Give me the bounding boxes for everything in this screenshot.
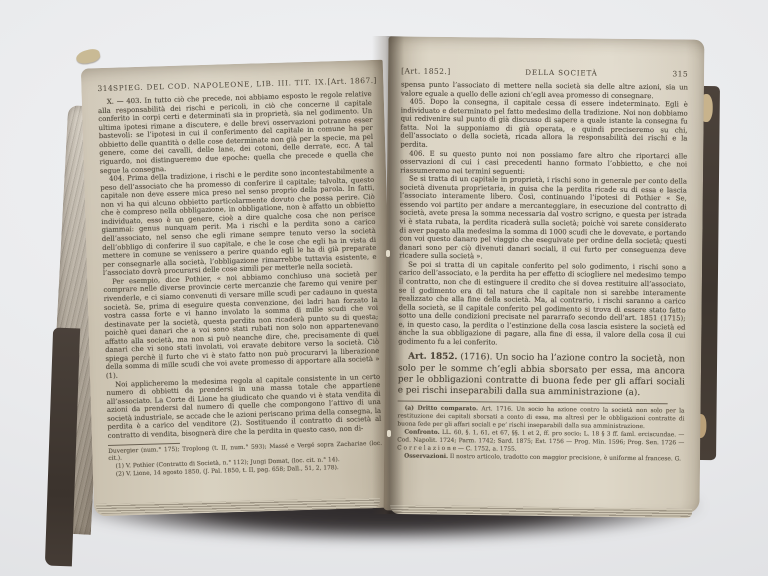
left-article-ref: [Art. 1867.] <box>327 76 377 86</box>
torn-page-corner <box>75 47 101 65</box>
paragraph: 405. Dopo la consegna, il capitale cessa… <box>400 98 688 152</box>
left-page-number: 314 <box>97 84 113 93</box>
right-page: [Art. 1852.] DELLA SOCIETÀ 315 spensa pu… <box>384 36 705 513</box>
article-1852: Art. 1852. (1716). Un socio ha l’azione … <box>398 352 685 400</box>
footnote-rule <box>108 442 180 445</box>
paragraph: Noi applicheremo la medesima regola al c… <box>106 372 382 440</box>
binding-stitch <box>386 250 390 257</box>
paragraph: 406. E su questo punto noi non possiamo … <box>400 149 687 178</box>
footnote-text: LL. 60, §. 1, 61, et 67, §§. 1 et 2, ff.… <box>397 430 684 452</box>
left-running-title: SPIEG. DEL COD. NAPOLEONE, LIB. III. TIT… <box>113 77 328 92</box>
paragraph: Per esempio, dice Pothier, « noi abbiamo… <box>103 270 380 381</box>
paragraph: Se si tratta di un capitale in proprietà… <box>399 175 687 264</box>
footnote-lead: (a) Dritto comparato. <box>405 405 478 413</box>
footnote: (a) Dritto comparato. Art. 1716. Un soci… <box>397 405 684 432</box>
paragraph: 404. Prima della tradizione, i rischi e … <box>100 167 377 278</box>
right-article-ref: [Art. 1852.] <box>401 66 451 76</box>
right-page-header: [Art. 1852.] DELLA SOCIETÀ 315 <box>401 66 688 78</box>
right-running-title: DELLA SOCIETÀ <box>525 68 598 78</box>
right-page-number: 315 <box>672 69 688 78</box>
footnote: Osservazioni. Il nostro articolo, tradot… <box>397 453 684 465</box>
footnote-lead: Osservazioni. <box>404 453 448 460</box>
binding-stitch <box>387 430 391 437</box>
footnote-lead: Confronto. <box>404 429 439 436</box>
paragraph: X. — 403. In tutto ciò che precede, noi … <box>98 90 374 175</box>
paragraph: Se poi si tratta di un capitale conferit… <box>398 260 686 349</box>
right-footnotes: (a) Dritto comparato. Art. 1716. Un soci… <box>397 405 685 465</box>
book-photo: 314 SPIEG. DEL COD. NAPOLEONE, LIB. III.… <box>0 0 768 576</box>
left-footnotes: Duvergier (num.° 175); Troplong (t. II, … <box>108 440 383 479</box>
footnote: Confronto. LL. 60, §. 1, 61, et 67, §§. … <box>397 429 684 456</box>
left-page: 314 SPIEG. DEL COD. NAPOLEONE, LIB. III.… <box>81 60 396 517</box>
article-label: Art. 1852. <box>408 352 457 363</box>
footnote-text: Il nostro articolo, tradotto con maggior… <box>448 454 681 462</box>
